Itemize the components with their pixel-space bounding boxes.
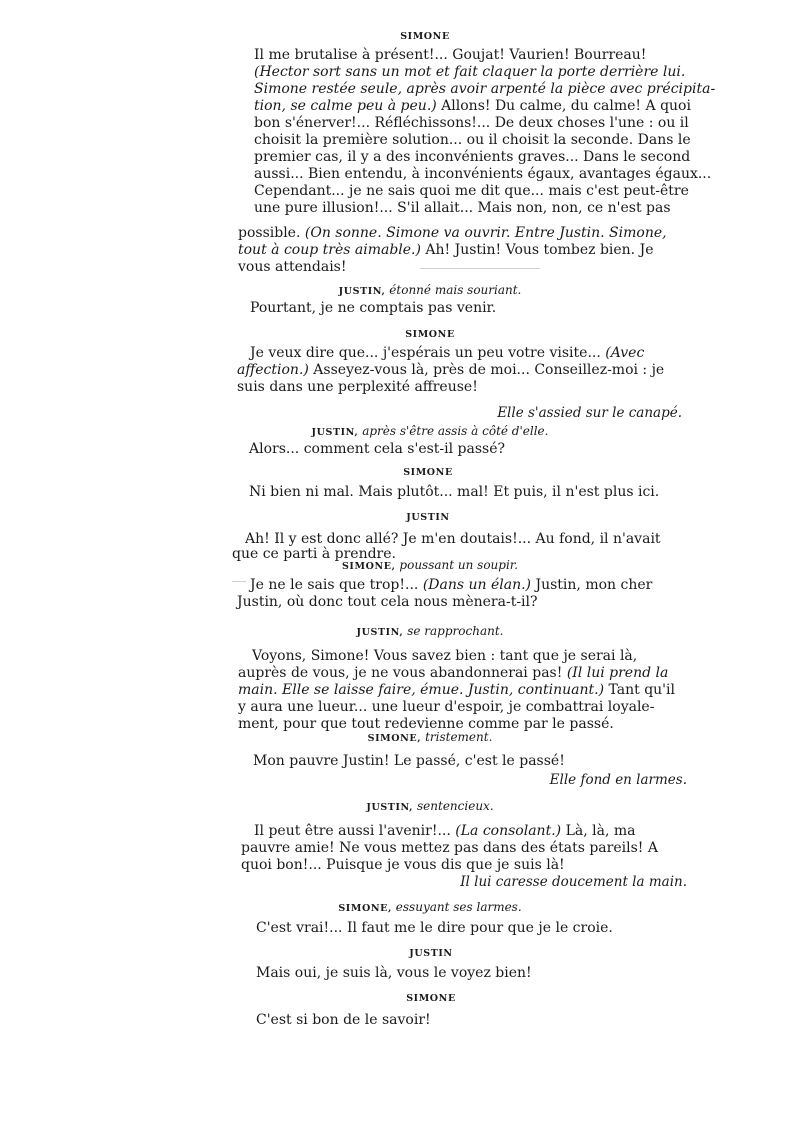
speech-line: Je veux dire que... j'espérais un peu vo… [250, 345, 644, 362]
speech-text: Tant qu'il [604, 682, 675, 698]
speech-text: Allons! Du calme, du calme! A quoi [437, 98, 691, 114]
speech-line: vous attendais! [238, 259, 347, 276]
speech-line: Il me brutalise à présent!... Goujat! Va… [254, 47, 646, 64]
speech-line: Alors... comment cela s'est-il passé? [249, 441, 505, 458]
speaker-direction: se rapprochant. [407, 624, 503, 638]
speech-line: C'est si bon de le savoir! [256, 1012, 431, 1029]
stage-direction: Il lui caresse doucement la main. [460, 874, 687, 890]
speech-line: Pourtant, je ne comptais pas venir. [250, 300, 496, 317]
speaker-direction: essuyant ses larmes. [396, 900, 522, 914]
stage-direction: affection.) [237, 362, 309, 378]
speaker-heading: SIMONE, tristement. [330, 730, 530, 744]
speech-line: tout à coup très aimable.) Ah! Justin! V… [238, 242, 653, 259]
speaker-heading: SIMONE [350, 31, 500, 42]
document-page: SIMONE Il me brutalise à présent!... Gou… [0, 0, 800, 1145]
speech-line: auprès de vous, je ne vous abandonnerai … [238, 665, 668, 682]
stage-direction-line: (Hector sort sans un mot et fait claquer… [254, 64, 685, 81]
speech-text: possible. [238, 225, 305, 241]
speech-text: Je veux dire que... j'espérais un peu vo… [250, 345, 605, 361]
stage-direction: (On sonne. Simone va ouvrir. Entre Justi… [305, 225, 667, 241]
stage-direction: (Avec [605, 345, 644, 361]
speaker-heading: JUSTIN, sentencieux. [330, 799, 530, 813]
speech-line: aussi... Bien entendu, à inconvénients é… [254, 166, 711, 183]
speech-line: affection.) Asseyez-vous là, près de moi… [237, 362, 664, 379]
scan-artifact [420, 268, 540, 269]
speech-text: Ah! Justin! Vous tombez bien. Je [421, 242, 654, 258]
stage-direction: (Il lui prend la [567, 665, 669, 681]
stage-direction: (Dans un élan.) [423, 577, 531, 593]
stage-direction-line: Simone restée seule, après avoir arpenté… [254, 81, 715, 98]
stage-direction: (La consolant.) [455, 823, 561, 839]
speech-line: suis dans une perplexité affreuse! [237, 379, 478, 396]
speech-line: pauvre amie! Ne vous mettez pas dans des… [241, 840, 658, 857]
speech-line: Ni bien ni mal. Mais plutôt... mal! Et p… [249, 484, 659, 501]
speech-line: Voyons, Simone! Vous savez bien : tant q… [252, 648, 637, 665]
speech-text: Je ne le sais que trop!... [250, 577, 423, 593]
speaker-direction: sentencieux. [417, 799, 494, 813]
speaker-heading: JUSTIN, se rapprochant. [330, 624, 530, 638]
speech-line: main. Elle se laisse faire, émue. Justin… [238, 682, 675, 699]
speech-text: auprès de vous, je ne vous abandonnerai … [238, 665, 567, 681]
stage-direction: Simone restée seule, après avoir arpenté… [254, 81, 715, 97]
speech-line: bon s'énerver!... Réfléchissons!... De d… [254, 115, 689, 132]
stage-direction: tion, se calme peu à peu.) [254, 98, 437, 114]
stage-direction: (Hector sort sans un mot et fait claquer… [254, 64, 685, 80]
speech-text: Asseyez-vous là, près de moi... Conseill… [309, 362, 664, 378]
speaker-heading: SIMONE [353, 467, 503, 478]
speech-line: premier cas, il y a des inconvénients gr… [254, 149, 690, 166]
speaker-heading: SIMONE, poussant un soupir. [320, 558, 540, 572]
speaker-heading: SIMONE [355, 329, 505, 340]
speaker-direction: tristement. [425, 730, 492, 744]
speech-line: Cependant... je ne sais quoi me dit que.… [254, 183, 689, 200]
speaker-heading: JUSTIN [353, 512, 503, 523]
speech-line: y aura une lueur... une lueur d'espoir, … [238, 699, 654, 716]
stage-direction: Elle fond en larmes. [550, 772, 687, 788]
speaker-heading: SIMONE, essuyant ses larmes. [320, 900, 540, 914]
speaker-direction: poussant un soupir. [399, 558, 518, 572]
speech-line: Mais oui, je suis là, vous le voyez bien… [256, 965, 532, 982]
stage-direction: Elle s'assied sur le canapé. [497, 405, 682, 421]
speech-line: C'est vrai!... Il faut me le dire pour q… [256, 920, 613, 937]
speaker-direction: étonné mais souriant. [389, 283, 521, 297]
speech-text: Il peut être aussi l'avenir!... [254, 823, 455, 839]
speech-text: Justin, mon cher [531, 577, 652, 593]
stage-direction: tout à coup très aimable.) [238, 242, 421, 258]
scan-artifact [232, 581, 246, 582]
speaker-direction: après s'être assis à côté d'elle. [362, 424, 548, 438]
speech-line: possible. (On sonne. Simone va ouvrir. E… [238, 225, 667, 242]
speaker-heading: JUSTIN, étonné mais souriant. [310, 283, 550, 297]
speech-line: Mon pauvre Justin! Le passé, c'est le pa… [253, 753, 565, 770]
speech-line: Je ne le sais que trop!... (Dans un élan… [250, 577, 652, 594]
speech-line: quoi bon!... Puisque je vous dis que je … [241, 857, 565, 874]
stage-direction: main. Elle se laisse faire, émue. Justin… [238, 682, 604, 698]
speech-line: Il peut être aussi l'avenir!... (La cons… [254, 823, 635, 840]
speech-text: Là, là, ma [561, 823, 635, 839]
speech-line: choisit la première solution... ou il ch… [254, 132, 691, 149]
speech-line: Justin, où donc tout cela nous mènera-t-… [237, 594, 538, 611]
speech-line: tion, se calme peu à peu.) Allons! Du ca… [254, 98, 691, 115]
speech-line: une pure illusion!... S'il allait... Mai… [254, 200, 671, 217]
speaker-heading: JUSTIN, après s'être assis à côté d'elle… [290, 424, 570, 438]
speaker-heading: SIMONE [356, 993, 506, 1004]
speaker-heading: JUSTIN [356, 948, 506, 959]
